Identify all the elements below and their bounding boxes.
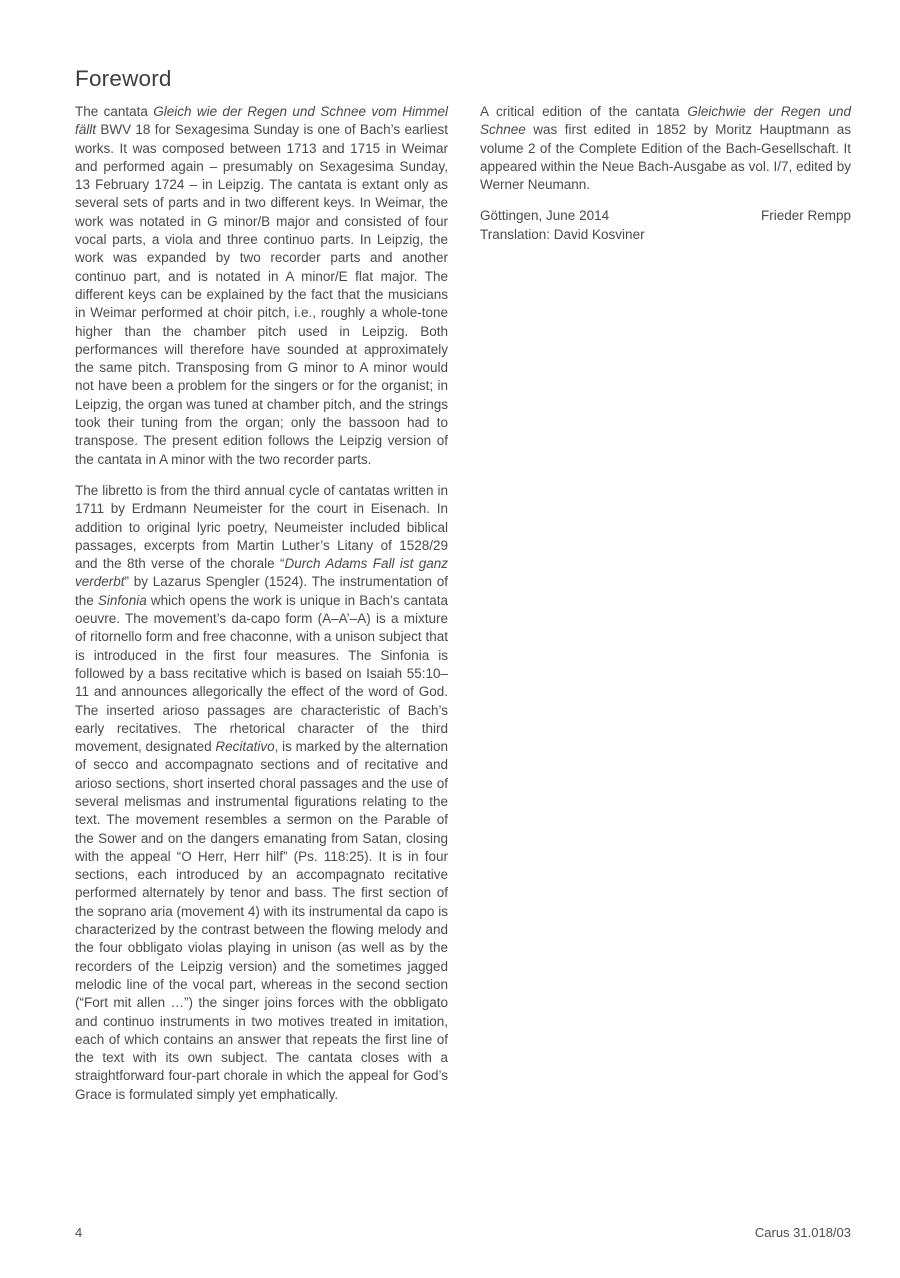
left-column: The cantata Gleich wie der Regen und Sch… (75, 103, 448, 1117)
signature-author: Frieder Rempp (761, 207, 851, 225)
foreword-paragraph-1: The cantata Gleich wie der Regen und Sch… (75, 103, 448, 469)
catalog-number: Carus 31.018/03 (755, 1225, 851, 1241)
page-number: 4 (75, 1225, 82, 1241)
foreword-paragraph-2: The libretto is from the third annual cy… (75, 482, 448, 1104)
critical-edition-paragraph: A critical edition of the cantata Gleich… (480, 103, 851, 194)
document-page: Foreword The cantata Gleich wie der Rege… (0, 0, 900, 1278)
right-column: A critical edition of the cantata Gleich… (480, 103, 851, 244)
page-footer: 4 Carus 31.018/03 (75, 1225, 851, 1241)
signature-row: Göttingen, June 2014 Frieder Rempp (480, 207, 851, 225)
signature-place-date: Göttingen, June 2014 (480, 207, 609, 225)
page-title: Foreword (75, 66, 172, 92)
signature-translation: Translation: David Kosviner (480, 226, 851, 244)
